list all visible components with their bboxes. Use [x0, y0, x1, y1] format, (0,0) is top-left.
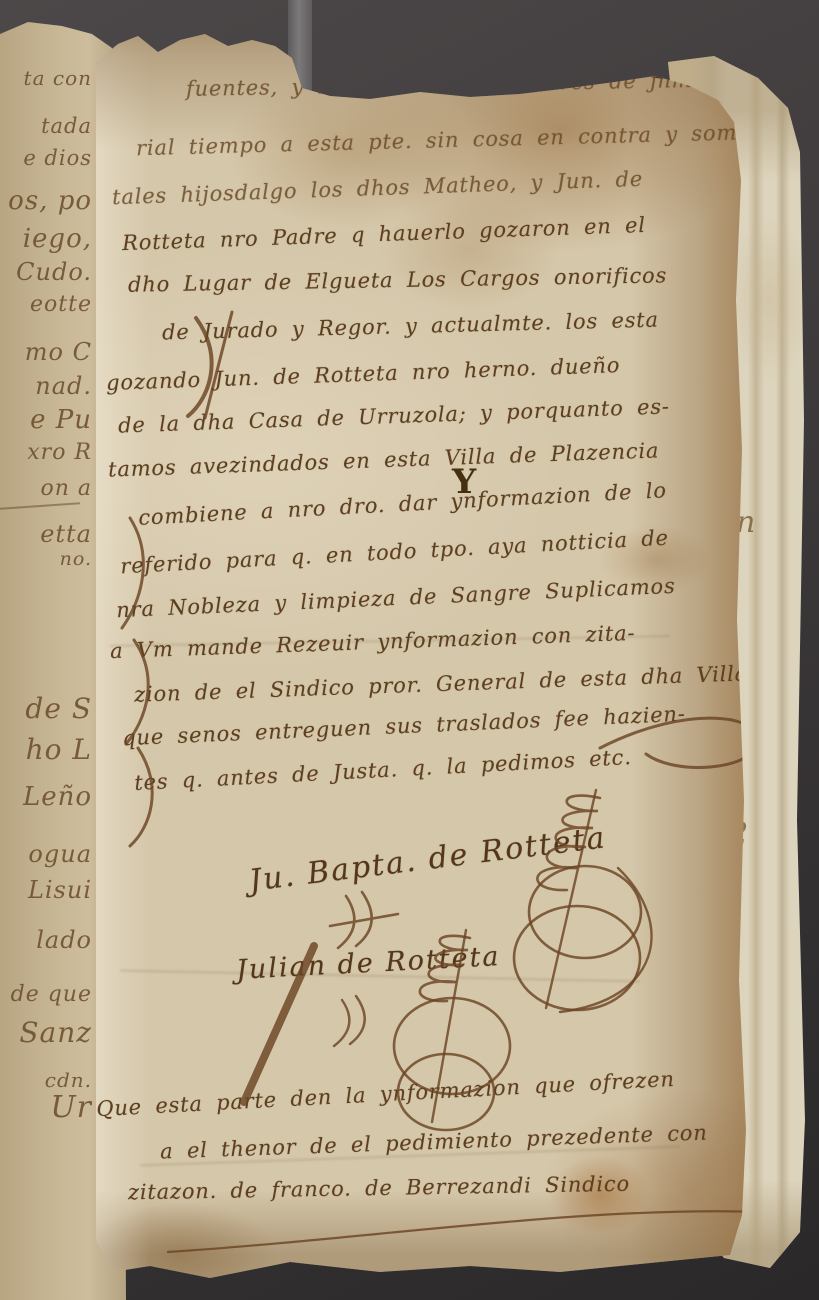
manuscript-line: dho Lugar de Elgueta Los Cargos onorific…: [128, 263, 667, 296]
facing-page-stroke: [0, 502, 80, 510]
facing-page-fragment: tada: [0, 114, 92, 138]
facing-page-fragment: Lisui: [0, 876, 92, 904]
manuscript-line: que senos entreguen sus traslados fee ha…: [122, 702, 686, 751]
facing-page-fragment: Ur: [0, 1090, 92, 1125]
signature-julian: Julian de Rotteta: [235, 941, 501, 986]
facing-page-fragment: ogua: [0, 840, 92, 868]
manuscript-line: nra Nobleza y limpieza de Sangre Suplica…: [116, 574, 676, 622]
facing-page-fragment: iego,: [0, 224, 92, 254]
facing-page-fragment: xro R: [0, 440, 92, 465]
manuscript-line: rial tiempo a esta pte. sin cosa en cont…: [136, 120, 763, 160]
facing-page-fragment: etta: [0, 520, 92, 548]
manuscript-line: zion de el Sindico pror. General de esta…: [134, 661, 749, 706]
facing-page-fragment: Leño: [0, 782, 92, 812]
inserted-letter: Y: [452, 462, 476, 502]
manuscript-line: tes q. antes de Justa. q. la pedimos etc…: [134, 745, 632, 795]
facing-page-fragment: de que: [0, 982, 92, 1007]
facing-page-fragment: de S: [0, 692, 92, 725]
decree-line: Que esta parte den la ynformazion que of…: [96, 1067, 676, 1121]
signature-juan-bautista: Ju. Bapta. de Rotteta: [247, 820, 608, 899]
facing-page-fragment: e dios: [0, 146, 92, 170]
manuscript-line: tamos avezindados en esta Villa de Plaze…: [108, 438, 660, 481]
facing-page-fragment: e Pu: [0, 405, 92, 435]
manuscript-line: a Vm mande Rezeuir ynformazion con zita-: [110, 621, 636, 663]
facing-page-fragment: no.: [0, 548, 92, 570]
manuscript-line: de la dha Casa de Urruzola; y porquanto …: [118, 394, 670, 437]
facing-page-fragment: Cudo.: [0, 258, 92, 286]
facing-page-fragment: ho L: [0, 733, 92, 766]
manuscript-line: gozando Jun. de Rotteta nro herno. dueño: [106, 353, 621, 395]
manuscript-line: fuentes, y las dhas Casas Solares de jnm…: [186, 67, 748, 101]
manuscript-line: referido para q. en todo tpo. aya nottic…: [120, 526, 670, 579]
facing-page-fragment: lado: [0, 926, 92, 954]
manuscript-leaf: 12 fuentes, y las dhas Casas Solares de …: [0, 0, 819, 1300]
facing-page-fragment: Sanz: [0, 1016, 92, 1049]
manuscript-photo: ta con tada e dios os, po iego, Cudo. eo…: [0, 0, 819, 1300]
manuscript-line: tales hijosdalgo los dhos Matheo, y Jun.…: [112, 167, 644, 210]
manuscript-line: combiene a nro dro. dar ynformazion de l…: [138, 478, 668, 530]
facing-page-fragment: eotte: [0, 292, 92, 317]
facing-page-fragment: nad.: [0, 372, 92, 400]
facing-page-fragment: os, po: [0, 186, 92, 216]
decree-line: zitazon. de franco. de Berrezandi Sindic…: [128, 1172, 630, 1205]
facing-page-fragment: cdn.: [0, 1068, 92, 1092]
facing-page-fragment: ta con: [0, 66, 92, 90]
decree-line: a el thenor de el pedimiento prezedente …: [160, 1120, 708, 1163]
facing-page-fragment: mo C: [0, 338, 92, 366]
manuscript-line: de Jurado y Regor. y actualmte. los esta: [162, 308, 659, 345]
facing-page-fragment: on a: [0, 476, 92, 501]
manuscript-line: Rotteta nro Padre q hauerlo gozaron en e…: [122, 213, 646, 255]
